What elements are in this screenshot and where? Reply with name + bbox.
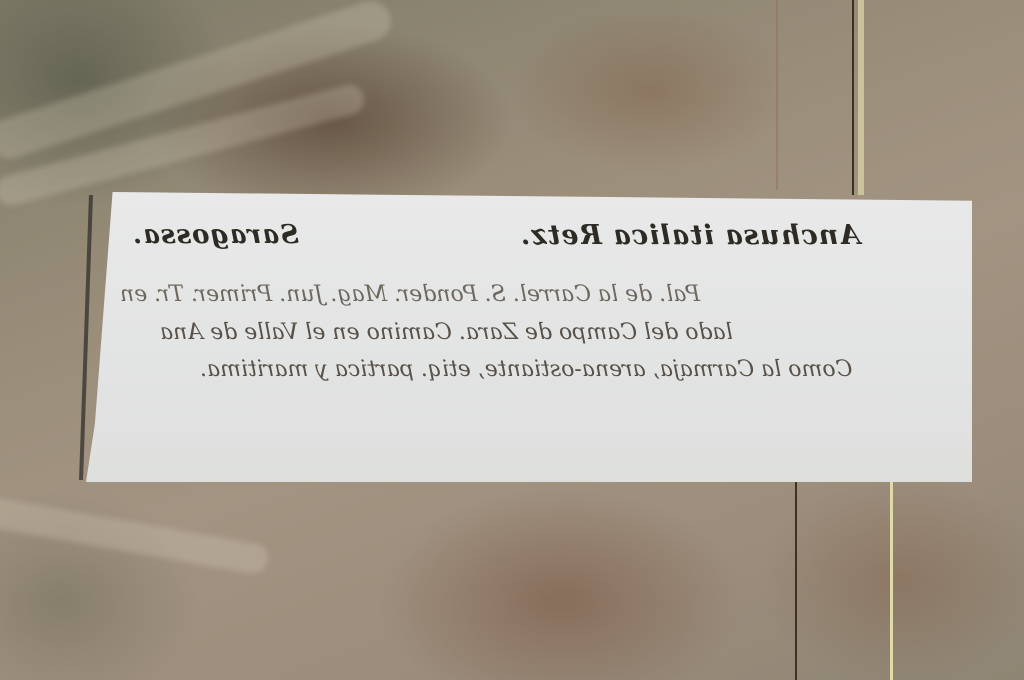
label-locality: Saragossa. xyxy=(132,220,299,250)
label-line-2: lado del Campo de Zara. Camino en el Val… xyxy=(160,320,733,345)
string-strip xyxy=(890,482,893,680)
label-line-1: Pal. de la Carrel. S. Ponder. Mag. Jun. … xyxy=(120,282,700,307)
label-species-name: Anchusa italica Retz. xyxy=(520,220,860,251)
crease-line xyxy=(795,482,797,680)
crease-line xyxy=(776,0,778,190)
label-line-3: Como la Carmaja, arena-ostiante, etiq. p… xyxy=(200,357,852,382)
crease-line xyxy=(852,0,854,195)
string-strip xyxy=(858,0,864,195)
